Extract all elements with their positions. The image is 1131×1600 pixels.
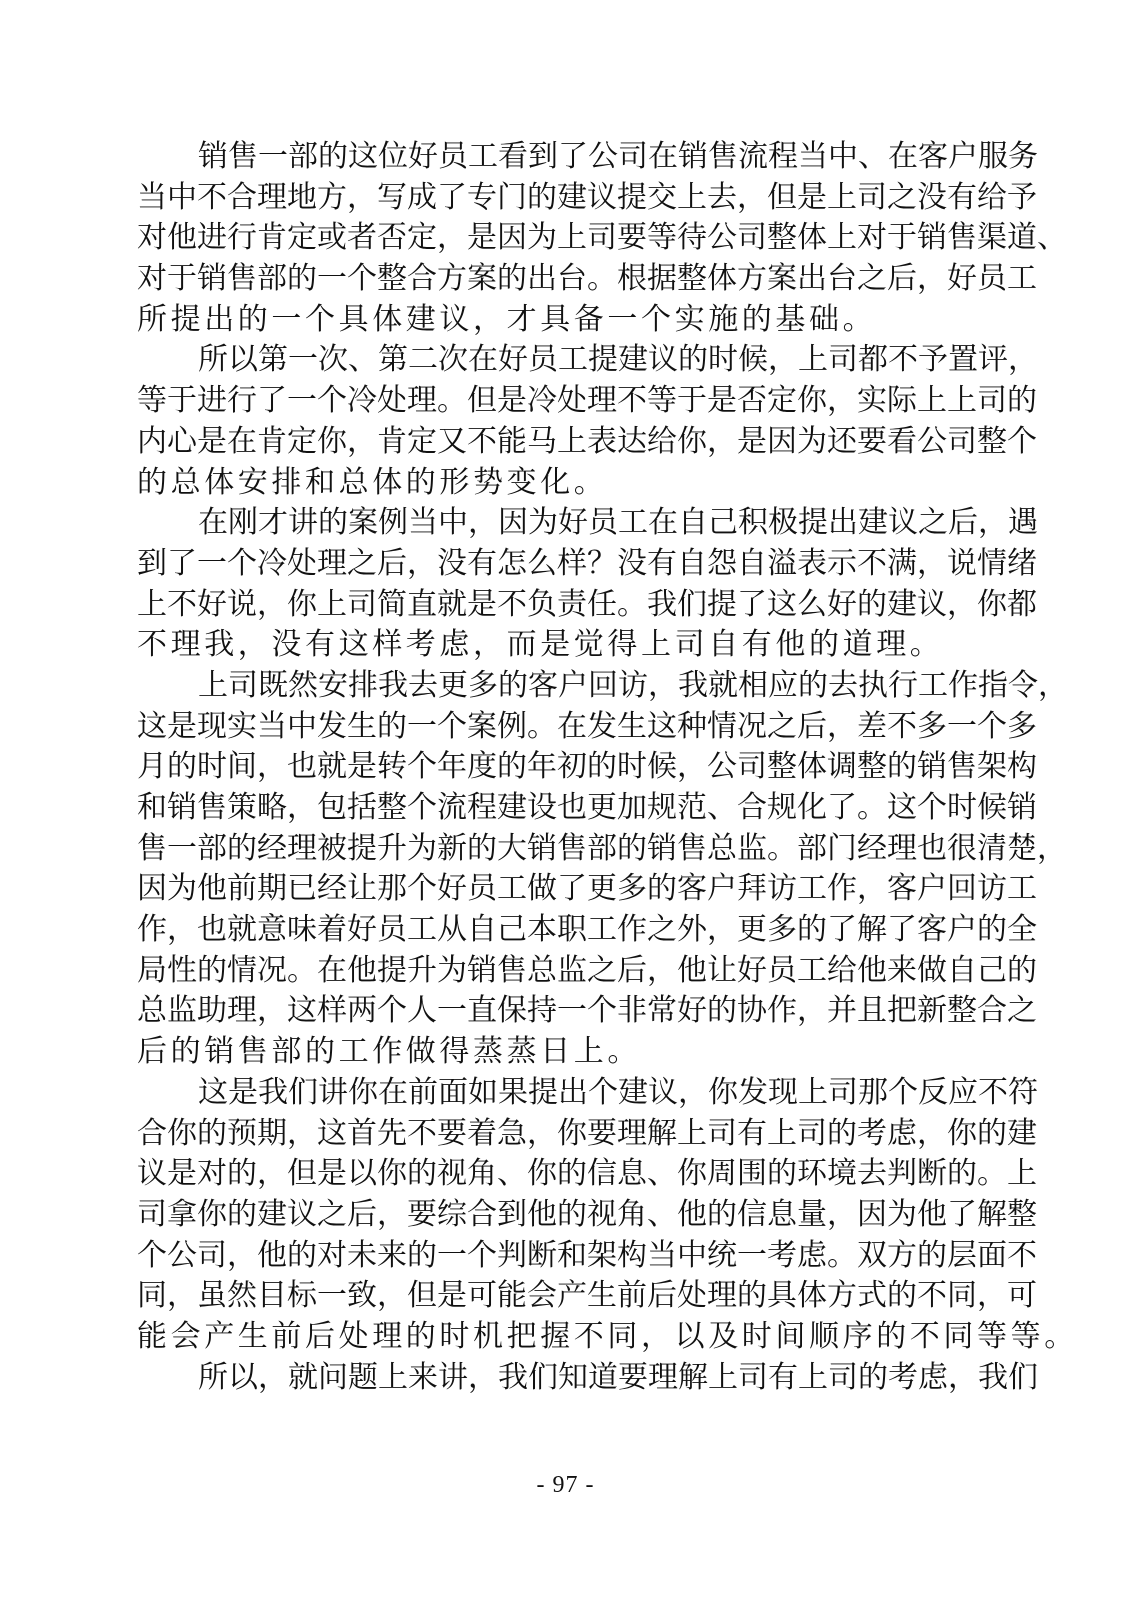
text-line: 作，也就意味着好员工从自己本职工作之外，更多的了解了客户的全 — [137, 910, 979, 951]
text-line: 对他进行肯定或者否定，是因为上司要等待公司整体上对于销售渠道、 — [137, 218, 979, 259]
text-line: 所以第一次、第二次在好员工提建议的时候，上司都不予置评， — [137, 340, 979, 381]
text-line: 内心是在肯定你，肯定又不能马上表达给你，是因为还要看公司整个 — [137, 422, 979, 463]
text-line: 对于销售部的一个整合方案的出台。根据整体方案出台之后，好员工 — [137, 259, 979, 300]
text-line: 月的时间，也就是转个年度的年初的时候，公司整体调整的销售架构 — [137, 747, 979, 788]
page-number: - 97 - — [0, 1472, 1131, 1499]
text-line: 这是我们讲你在前面如果提出个建议，你发现上司那个反应不符 — [137, 1073, 979, 1114]
paragraph-5: 这是我们讲你在前面如果提出个建议，你发现上司那个反应不符 合你的预期，这首先不要… — [137, 1073, 979, 1358]
text-line: 等于进行了一个冷处理。但是冷处理不等于是否定你，实际上上司的 — [137, 381, 979, 422]
text-line: 能会产生前后处理的时机把握不同，以及时间顺序的不同等等。 — [137, 1317, 979, 1358]
paragraph-3: 在刚才讲的案例当中，因为好员工在自己积极提出建议之后，遇 到了一个冷处理之后，没… — [137, 503, 979, 666]
text-line: 总监助理，这样两个人一直保持一个非常好的协作，并且把新整合之 — [137, 991, 979, 1032]
text-line: 不理我，没有这样考虑，而是觉得上司自有他的道理。 — [137, 625, 979, 666]
text-line: 在刚才讲的案例当中，因为好员工在自己积极提出建议之后，遇 — [137, 503, 979, 544]
text-line: 议是对的，但是以你的视角、你的信息、你周围的环境去判断的。上 — [137, 1154, 979, 1195]
body-text: 销售一部的这位好员工看到了公司在销售流程当中、在客户服务 当中不合理地方，写成了… — [137, 137, 979, 1398]
text-line: 个公司，他的对未来的一个判断和架构当中统一考虑。双方的层面不 — [137, 1236, 979, 1277]
paragraph-4: 上司既然安排我去更多的客户回访，我就相应的去执行工作指令， 这是现实当中发生的一… — [137, 666, 979, 1073]
text-line: 售一部的经理被提升为新的大销售部的销售总监。部门经理也很清楚， — [137, 829, 979, 870]
paragraph-2: 所以第一次、第二次在好员工提建议的时候，上司都不予置评， 等于进行了一个冷处理。… — [137, 340, 979, 503]
paragraph-1: 销售一部的这位好员工看到了公司在销售流程当中、在客户服务 当中不合理地方，写成了… — [137, 137, 979, 340]
text-line: 上不好说，你上司简直就是不负责任。我们提了这么好的建议，你都 — [137, 585, 979, 626]
text-line: 到了一个冷处理之后，没有怎么样？没有自怨自溢表示不满，说情绪 — [137, 544, 979, 585]
text-line: 同，虽然目标一致，但是可能会产生前后处理的具体方式的不同，可 — [137, 1276, 979, 1317]
text-line: 当中不合理地方，写成了专门的建议提交上去，但是上司之没有给予 — [137, 178, 979, 219]
text-line: 局性的情况。在他提升为销售总监之后，他让好员工给他来做自己的 — [137, 951, 979, 992]
text-line: 因为他前期已经让那个好员工做了更多的客户拜访工作，客户回访工 — [137, 869, 979, 910]
text-line: 司拿你的建议之后，要综合到他的视角、他的信息量，因为他了解整 — [137, 1195, 979, 1236]
text-line: 合你的预期，这首先不要着急，你要理解上司有上司的考虑，你的建 — [137, 1114, 979, 1155]
text-line: 这是现实当中发生的一个案例。在发生这种情况之后，差不多一个多 — [137, 707, 979, 748]
text-line: 的总体安排和总体的形势变化。 — [137, 463, 979, 504]
text-line: 所提出的一个具体建议，才具备一个实施的基础。 — [137, 300, 979, 341]
paragraph-6: 所以，就问题上来讲，我们知道要理解上司有上司的考虑，我们 — [137, 1358, 979, 1399]
document-page: 销售一部的这位好员工看到了公司在销售流程当中、在客户服务 当中不合理地方，写成了… — [0, 0, 1131, 1600]
text-line: 销售一部的这位好员工看到了公司在销售流程当中、在客户服务 — [137, 137, 979, 178]
text-line: 上司既然安排我去更多的客户回访，我就相应的去执行工作指令， — [137, 666, 979, 707]
text-line: 和销售策略，包括整个流程建设也更加规范、合规化了。这个时候销 — [137, 788, 979, 829]
text-line: 所以，就问题上来讲，我们知道要理解上司有上司的考虑，我们 — [137, 1358, 979, 1399]
text-line: 后的销售部的工作做得蒸蒸日上。 — [137, 1032, 979, 1073]
